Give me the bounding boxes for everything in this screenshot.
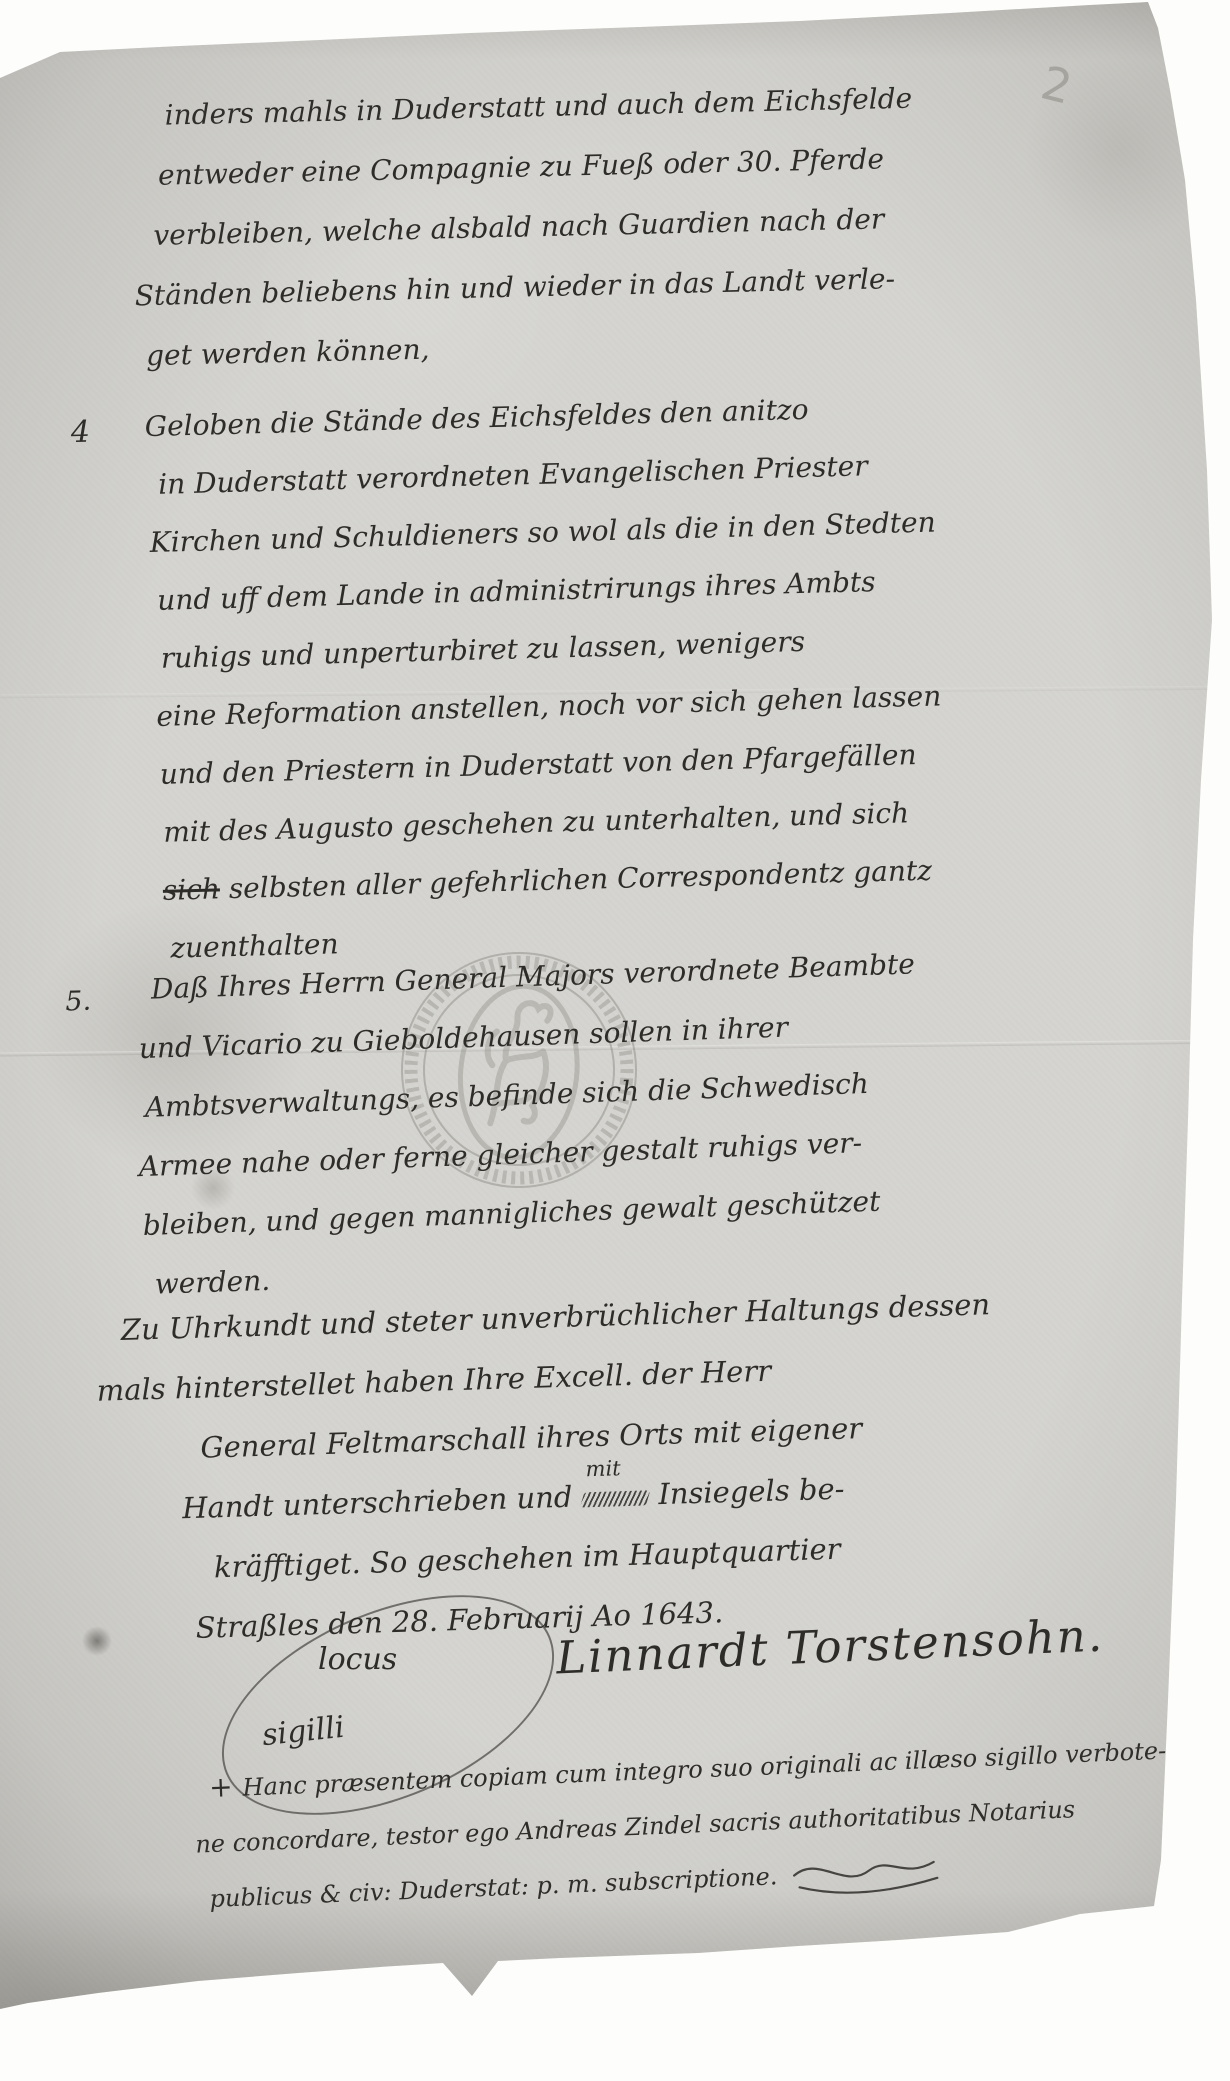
paper-sheet: inders mahls in Duderstatt und auch dem … <box>0 0 1230 2081</box>
scanned-manuscript-page: inders mahls in Duderstatt und auch dem … <box>0 0 1230 2081</box>
edge-vignette <box>0 0 1230 2081</box>
